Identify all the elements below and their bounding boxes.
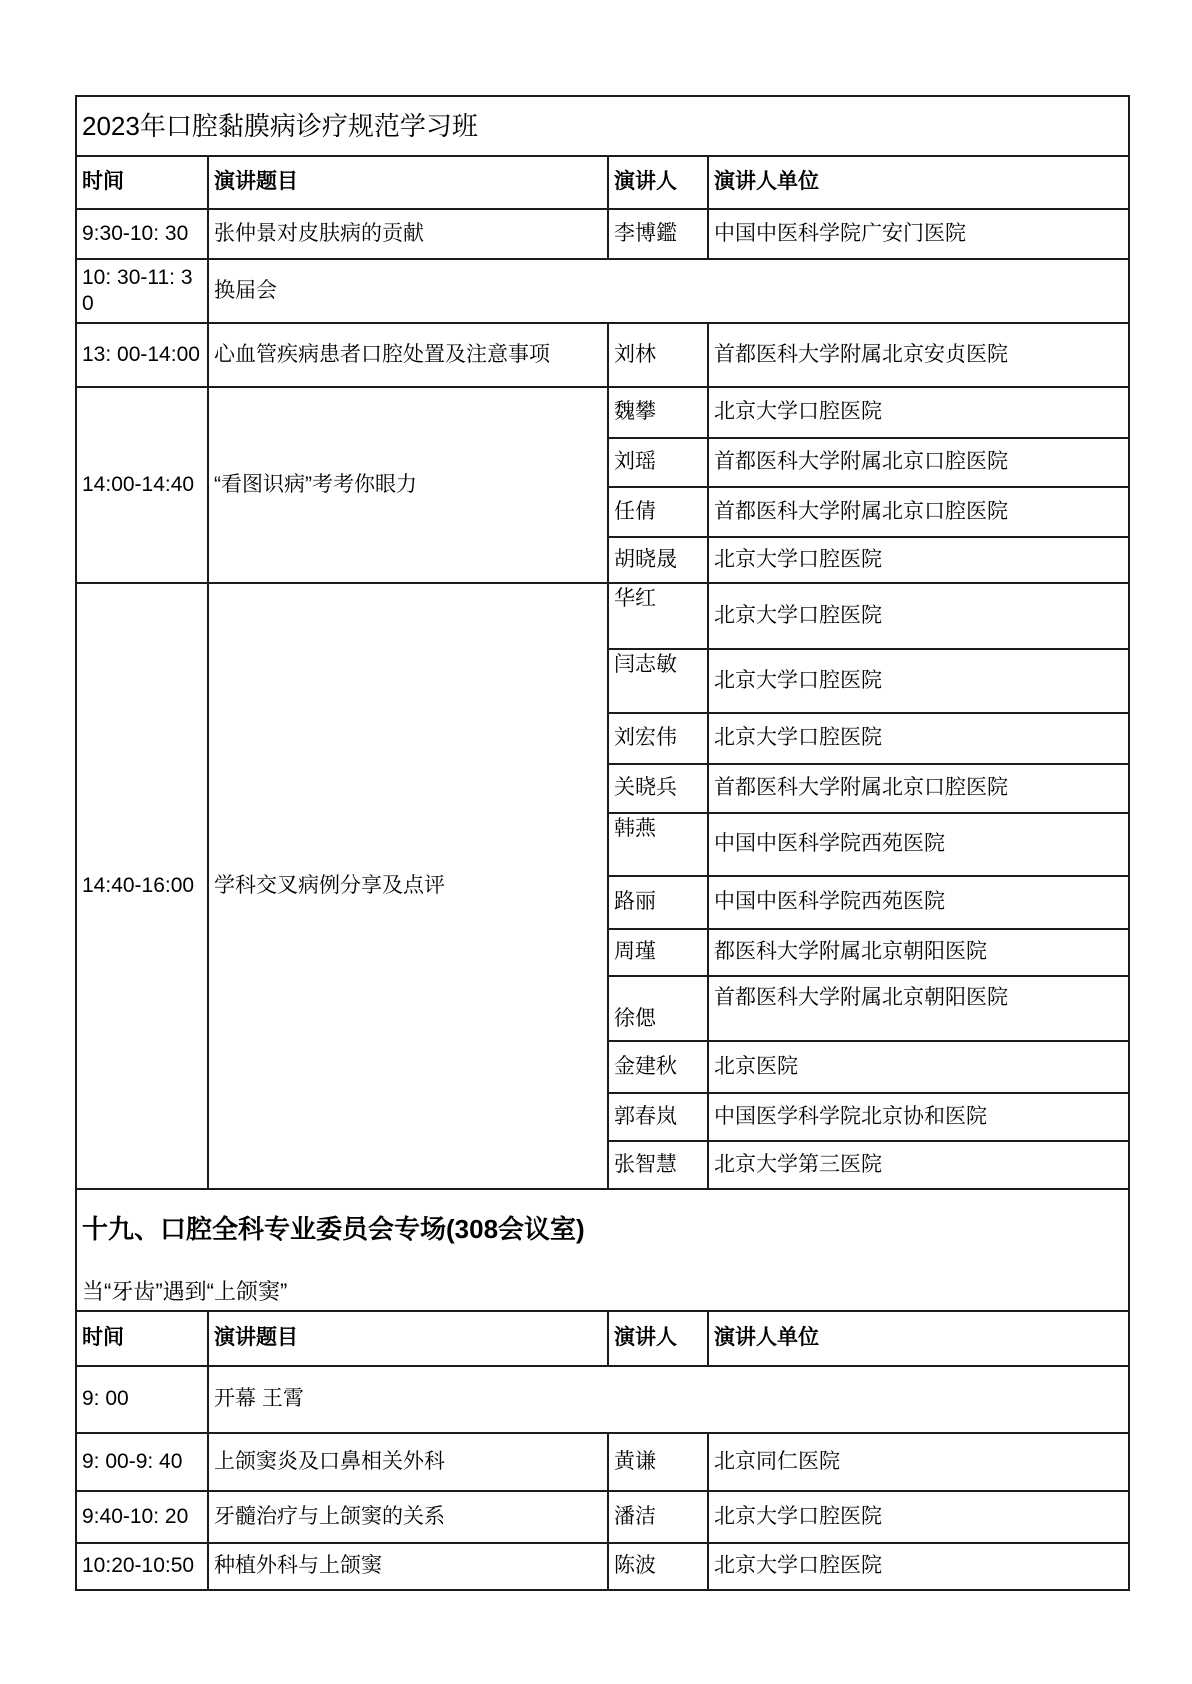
topic-cell: “看图识病”考考你眼力 [208,387,608,583]
document-page: { "table1": { "title": "2023年口腔黏膜病诊疗规范学习… [0,0,1192,1684]
affiliation-cell: 北京大学口腔医院 [708,649,1129,713]
time-cell: 9:30-10: 30 [76,209,208,259]
affiliation-cell: 北京同仁医院 [708,1433,1129,1491]
column-header-speaker: 演讲人 [608,156,708,209]
speaker-cell: 魏攀 [608,387,708,438]
column-header-speaker: 演讲人 [608,1311,708,1366]
speaker-cell: 胡晓晟 [608,537,708,583]
time-cell: 14:00-14:40 [76,387,208,583]
table-row: 13: 00-14:00 心血管疾病患者口腔处置及注意事项 刘林 首都医科大学附… [76,323,1129,387]
table-row: 9: 00-9: 40 上颌窦炎及口鼻相关外科 黄谦 北京同仁医院 [76,1433,1129,1491]
topic-cell: 心血管疾病患者口腔处置及注意事项 [208,323,608,387]
topic-cell: 换届会 [208,259,1129,323]
speaker-cell: 张智慧 [608,1141,708,1189]
time-cell: 14:40-16:00 [76,583,208,1189]
speaker-cell: 黄谦 [608,1433,708,1491]
topic-cell: 上颌窦炎及口鼻相关外科 [208,1433,608,1491]
table1-title: 2023年口腔黏膜病诊疗规范学习班 [76,96,1129,156]
table-row: 10:20-10:50 种植外科与上颌窦 陈波 北京大学口腔医院 [76,1543,1129,1590]
speaker-cell: 刘宏伟 [608,713,708,764]
section-subtitle: 当“牙齿”遇到“上颌窦” [82,1278,1123,1306]
table-row: 9:30-10: 30 张仲景对皮肤病的贡献 李博鑑 中国中医科学院广安门医院 [76,209,1129,259]
column-header-time: 时间 [76,156,208,209]
speaker-cell: 周瑾 [608,929,708,976]
topic-cell: 种植外科与上颌窦 [208,1543,608,1590]
speaker-cell: 关晓兵 [608,764,708,813]
table-row: 14:00-14:40 “看图识病”考考你眼力 魏攀 北京大学口腔医院 [76,387,1129,438]
affiliation-cell: 首都医科大学附属北京朝阳医院 [708,976,1129,1041]
speaker-cell: 徐偲 [608,976,708,1041]
speaker-cell: 金建秋 [608,1041,708,1093]
affiliation-cell: 首都医科大学附属北京安贞医院 [708,323,1129,387]
topic-cell: 开幕 王霄 [208,1366,1129,1433]
affiliation-cell: 首都医科大学附属北京口腔医院 [708,764,1129,813]
affiliation-cell: 中国医学科学院北京协和医院 [708,1093,1129,1141]
affiliation-cell: 北京大学口腔医院 [708,537,1129,583]
affiliation-cell: 北京大学口腔医院 [708,583,1129,649]
affiliation-cell: 中国中医科学院西苑医院 [708,876,1129,929]
table-row: 9:40-10: 20 牙髓治疗与上颌窦的关系 潘洁 北京大学口腔医院 [76,1491,1129,1543]
speaker-cell: 华红 [608,583,708,649]
affiliation-cell: 北京大学口腔医院 [708,387,1129,438]
affiliation-cell: 中国中医科学院西苑医院 [708,813,1129,876]
time-cell: 13: 00-14:00 [76,323,208,387]
affiliation-cell: 北京大学口腔医院 [708,713,1129,764]
time-cell: 9:40-10: 20 [76,1491,208,1543]
affiliation-cell: 都医科大学附属北京朝阳医院 [708,929,1129,976]
time-cell: 10:20-10:50 [76,1543,208,1590]
table-row: 9: 00 开幕 王霄 [76,1366,1129,1433]
topic-cell: 学科交叉病例分享及点评 [208,583,608,1189]
column-header-topic: 演讲题目 [208,156,608,209]
table-row: 10: 30-11: 30 换届会 [76,259,1129,323]
section-title: 十九、口腔全科专业委员会专场(308会议室) [82,1213,1123,1246]
column-header-affiliation: 演讲人单位 [708,156,1129,209]
speaker-cell: 陈波 [608,1543,708,1590]
topic-cell: 张仲景对皮肤病的贡献 [208,209,608,259]
section-row: 十九、口腔全科专业委员会专场(308会议室) 当“牙齿”遇到“上颌窦” [76,1189,1129,1311]
affiliation-cell: 北京大学口腔医院 [708,1543,1129,1590]
table1-header-row: 时间 演讲题目 演讲人 演讲人单位 [76,156,1129,209]
speaker-cell: 路丽 [608,876,708,929]
speaker-cell: 韩燕 [608,813,708,876]
speaker-cell: 任倩 [608,487,708,537]
speaker-cell: 闫志敏 [608,649,708,713]
time-cell: 10: 30-11: 30 [76,259,208,323]
table1-title-row: 2023年口腔黏膜病诊疗规范学习班 [76,96,1129,156]
topic-cell: 牙髓治疗与上颌窦的关系 [208,1491,608,1543]
column-header-affiliation: 演讲人单位 [708,1311,1129,1366]
speaker-cell: 郭春岚 [608,1093,708,1141]
time-cell: 9: 00-9: 40 [76,1433,208,1491]
table2-header-row: 时间 演讲题目 演讲人 演讲人单位 [76,1311,1129,1366]
affiliation-cell: 北京医院 [708,1041,1129,1093]
time-cell: 9: 00 [76,1366,208,1433]
speaker-cell: 李博鑑 [608,209,708,259]
section-cell: 十九、口腔全科专业委员会专场(308会议室) 当“牙齿”遇到“上颌窦” [76,1189,1129,1311]
affiliation-cell: 北京大学第三医院 [708,1141,1129,1189]
column-header-topic: 演讲题目 [208,1311,608,1366]
affiliation-cell: 首都医科大学附属北京口腔医院 [708,487,1129,537]
affiliation-cell: 中国中医科学院广安门医院 [708,209,1129,259]
affiliation-cell: 首都医科大学附属北京口腔医院 [708,438,1129,487]
speaker-cell: 刘林 [608,323,708,387]
schedule-sheet: 2023年口腔黏膜病诊疗规范学习班 时间 演讲题目 演讲人 演讲人单位 9:30… [75,95,1128,1591]
table-row: 14:40-16:00 学科交叉病例分享及点评 华红 北京大学口腔医院 [76,583,1129,649]
schedule-table: 2023年口腔黏膜病诊疗规范学习班 时间 演讲题目 演讲人 演讲人单位 9:30… [75,95,1130,1591]
affiliation-cell: 北京大学口腔医院 [708,1491,1129,1543]
speaker-cell: 刘瑶 [608,438,708,487]
column-header-time: 时间 [76,1311,208,1366]
speaker-cell: 潘洁 [608,1491,708,1543]
